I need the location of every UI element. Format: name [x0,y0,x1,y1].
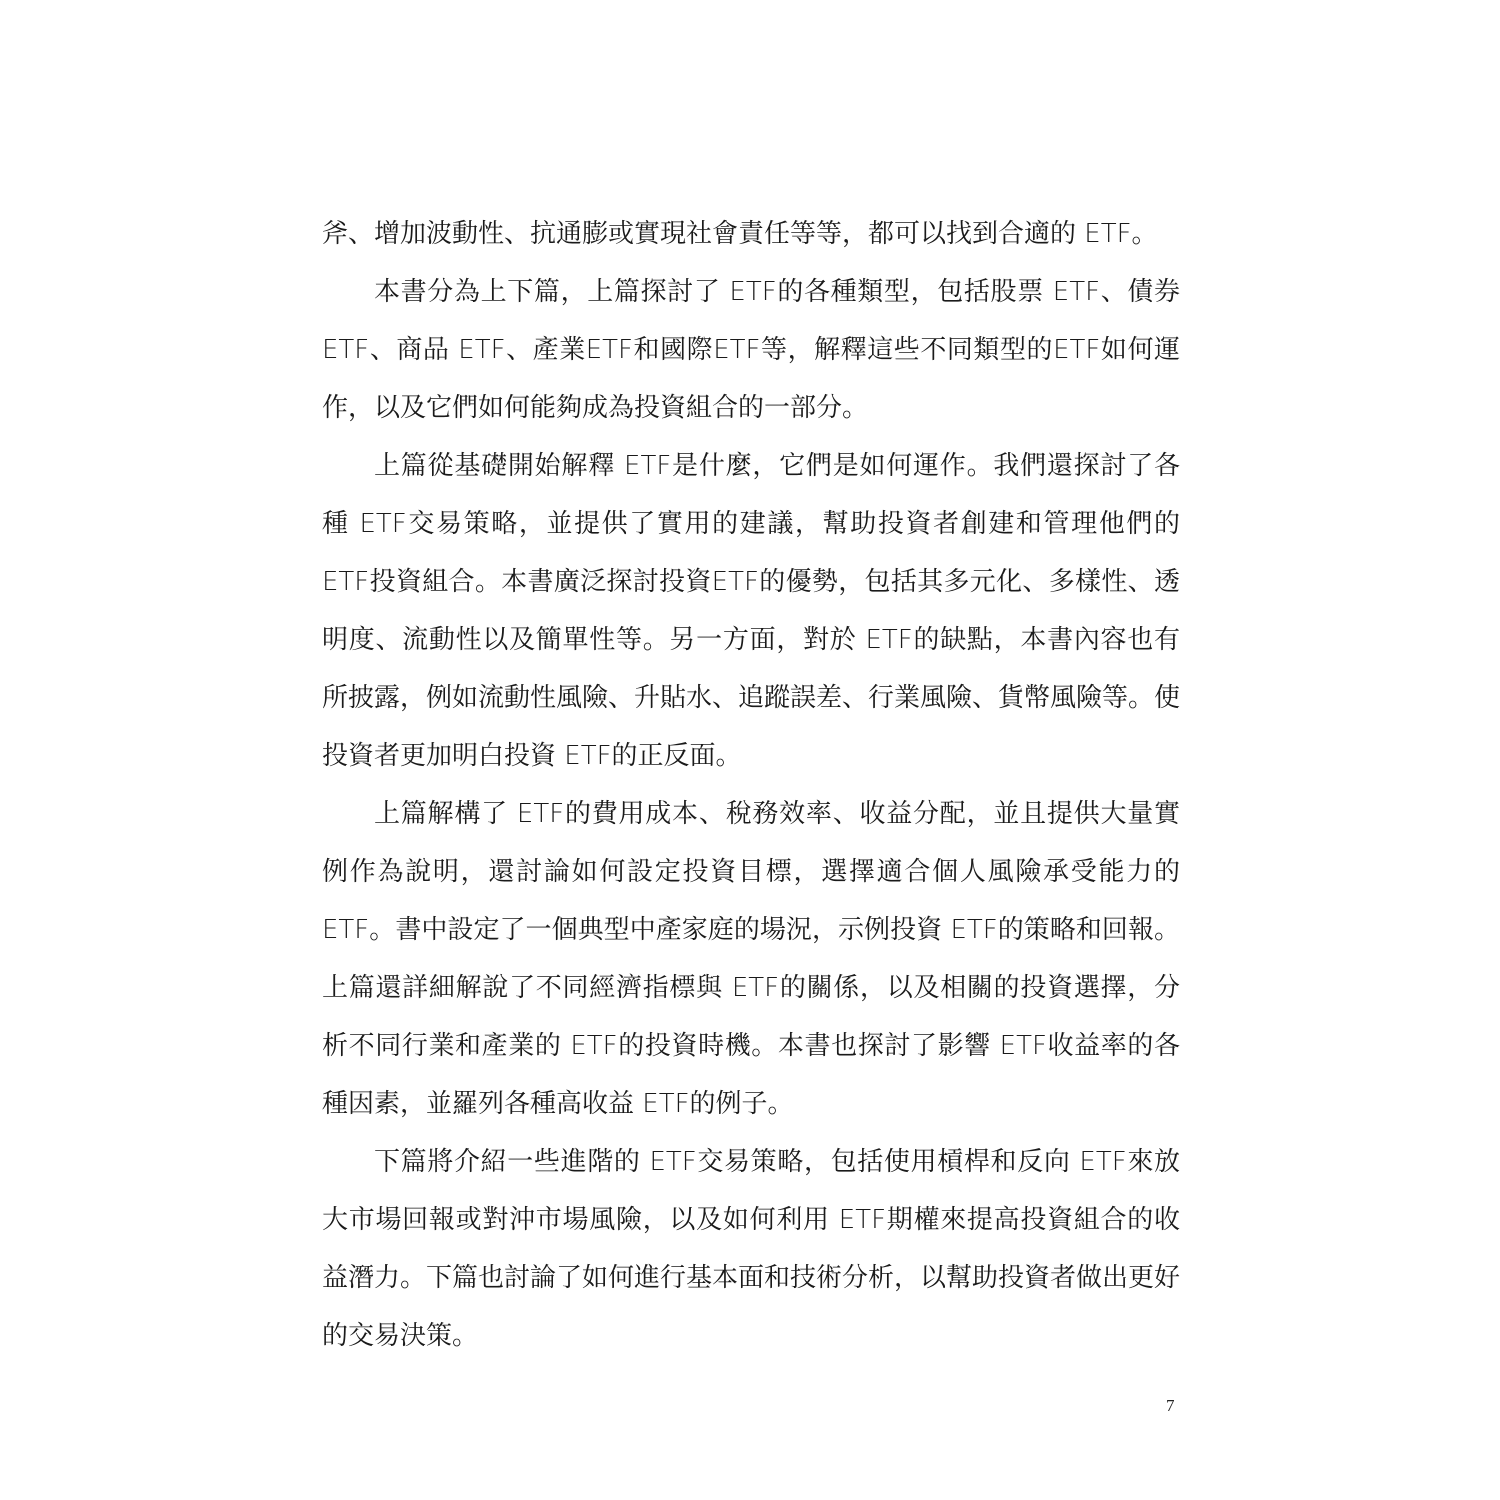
book-page: 斧、增加波動性、抗通膨或實現社會責任等等，都可以找到合適的 ETF。 本書分為上… [0,0,1500,1500]
paragraph-3: 上篇從基礎開始解釋 ETF是什麼，它們是如何運作。我們還探討了各種 ETF交易策… [322,437,1180,785]
page-number: 7 [1166,1396,1175,1416]
paragraph-1: 斧、增加波動性、抗通膨或實現社會責任等等，都可以找到合適的 ETF。 [322,205,1180,263]
paragraph-4: 上篇解構了 ETF的費用成本、稅務效率、收益分配，並且提供大量實例作為說明，還討… [322,785,1180,1133]
body-text: 斧、增加波動性、抗通膨或實現社會責任等等，都可以找到合適的 ETF。 本書分為上… [322,205,1180,1365]
paragraph-2: 本書分為上下篇，上篇探討了 ETF的各種類型，包括股票 ETF、債券 ETF、商… [322,263,1180,437]
paragraph-5: 下篇將介紹一些進階的 ETF交易策略，包括使用槓桿和反向 ETF來放大市場回報或… [322,1133,1180,1365]
